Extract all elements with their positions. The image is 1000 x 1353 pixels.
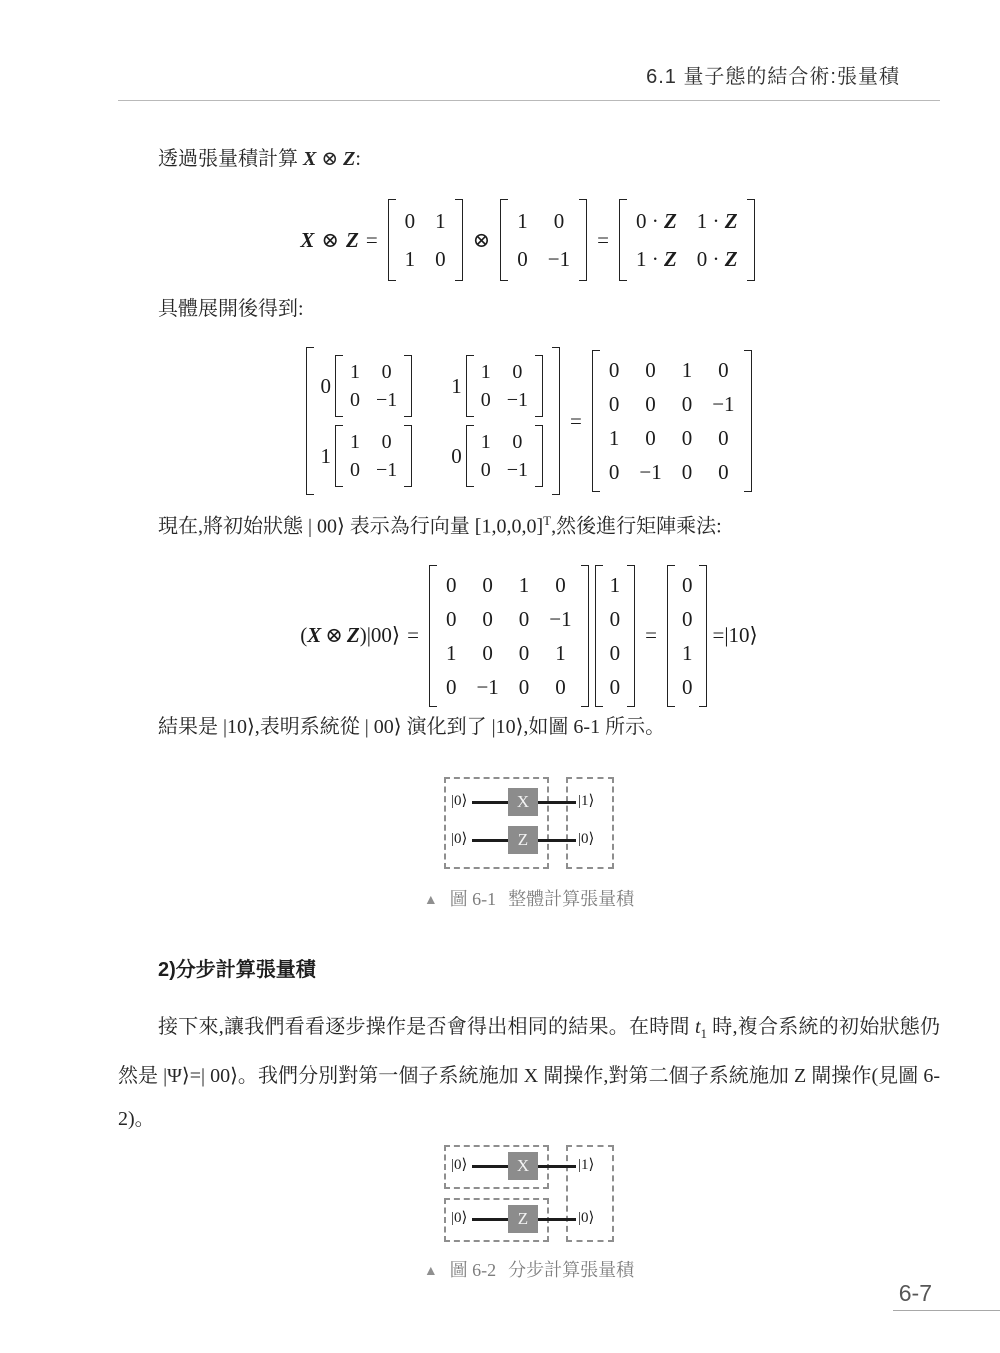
matrix-cell: 1 [602,568,629,602]
subsection-heading: 2)分步計算張量積 [118,953,940,982]
matrix-cell: 0 [602,636,629,670]
otimes-symbol: ⊗ [473,228,491,253]
matrix-cell: 0 [538,202,580,240]
vector-input: 1000 [595,565,636,707]
matrix-cell: 1 [507,202,538,240]
var-x: X [300,228,314,253]
matrix-cell: 0 [436,670,467,704]
ket-00: |00⟩ [367,623,400,647]
matrix-cell: 0 [702,353,744,387]
p3-text: 現在,將初始狀態 | 00⟩ 表示為行向量 [1,0,0,0] [158,516,543,538]
matrix-cell: 0 [436,602,467,636]
ket-input-2: |0⟩ [451,830,467,848]
ket-output-2: |0⟩ [578,1209,594,1227]
ket-output-1: |1⟩ [578,1156,594,1174]
z-gate: Z [508,1205,538,1233]
equals-sign: = [645,623,657,648]
var-z: Z [725,209,738,233]
matrix-cell: 0 [539,568,581,602]
matrix-cell: −1 [368,456,405,484]
otimes-symbol: ⊗ [325,623,343,647]
matrix-cell: 0 [672,455,703,489]
var-x: X [303,148,316,170]
block-grid: 0100−1 1100−1 1100−1 0100−1 [314,351,552,491]
matrix-cell: 0 · Z [626,202,687,240]
var-z: Z [664,209,677,233]
otimes-symbol: ⊗ [321,148,338,170]
matrix-grid: 100−1 [507,202,580,278]
section-header: 6.1 量子態的結合術:張量積 [118,0,940,89]
matrix-cell: 1 [473,358,499,386]
matrix-cell: 1 [425,202,456,240]
matrix-cell: 0 [466,602,508,636]
result-ket: =|10⟩ [712,623,757,648]
equals-sign: = [366,228,378,253]
scalar: 0 [451,444,462,469]
var-z: Z [343,148,355,170]
evolution-lhs: (X⊗Z)|00⟩ [300,623,400,648]
block-10: 1100−1 [320,425,415,487]
matrix-grid: 0010 [674,568,701,704]
matrix-cell: 0 [473,386,499,414]
matrix-grid: 100−1 [342,358,405,414]
matrix-cell: 0 [509,602,540,636]
matrix-cell: 1 [674,636,701,670]
matrix-cell: 1 [395,240,426,278]
caption-label: 圖 6-2 [450,1260,497,1280]
matrix-cell: 1 [436,636,467,670]
matrix-cell: 0 [674,670,701,704]
transpose-superscript: T [543,513,551,528]
matrix-cell: 0 [466,636,508,670]
header-rule [118,100,940,101]
matrix-cell: −1 [539,602,581,636]
matrix-grid: 0010000−110000−100 [599,353,745,489]
triangle-icon: ▲ [424,893,438,908]
footer-rule [893,1310,1000,1311]
equation-tensor-product: X ⊗ Z = 0110 ⊗ 100−1 = 0 · Z1 · Z1 · Z0 … [118,199,940,281]
vector-output: 0010 [667,565,708,707]
var-x: X [307,623,321,647]
matrix-cell: 0 [499,358,536,386]
equals-sign: = [407,623,419,648]
caption-label: 圖 6-1 [450,889,497,909]
matrix-cell: 0 [425,240,456,278]
paragraph-result: 結果是 |10⟩,表明系統從 | 00⟩ 演化到了 |10⟩,如圖 6-1 所示… [118,713,940,741]
matrix-x: 0110 [388,199,463,281]
matrix-cell: 0 [473,456,499,484]
figure-6-1: |0⟩ |0⟩ X Z |1⟩ |0⟩ ▲圖 6-1整體計算張量積 [118,777,940,911]
matrix-grid: 0010000−110010−100 [436,568,582,704]
circuit-diagram-whole: |0⟩ |0⟩ X Z |1⟩ |0⟩ [444,777,614,869]
matrix-cell: 1 [672,353,703,387]
matrix-cell: 0 [342,456,368,484]
matrix-cell: 0 [368,428,405,456]
matrix-cell: 1 [539,636,581,670]
matrix-cell: −1 [466,670,508,704]
p1-colon: : [355,148,361,170]
triangle-icon: ▲ [424,1264,438,1279]
matrix-cell: 1 · Z [626,240,687,278]
var-z: Z [664,247,677,271]
matrix-cell: 0 [602,670,629,704]
paragraph-initial-state: 現在,將初始狀態 | 00⟩ 表示為行向量 [1,0,0,0]T,然後進行矩陣乘… [118,507,940,541]
matrix-cell: 0 [702,421,744,455]
matrix-grid: 100−1 [342,428,405,484]
inner-matrix: 100−1 [466,425,543,487]
x-gate: X [508,788,538,816]
matrix-cell: 1 [509,568,540,602]
inner-matrix: 100−1 [335,355,412,417]
matrix-cell: −1 [702,387,744,421]
p3-text-end: ,然後進行矩陣乘法: [551,516,722,538]
otimes-symbol: ⊗ [321,228,339,253]
scalar: 1 [451,374,462,399]
matrix-cell: 0 [599,455,630,489]
matrix-cell: 0 [672,421,703,455]
equals-sign: = [597,228,609,253]
paragraph-intro: 透過張量積計算 X ⊗ Z: [118,145,940,173]
equation-expansion: 0100−1 1100−1 1100−1 0100−1 = 0010000−11… [118,347,940,495]
matrix-cell: 0 [702,455,744,489]
matrix-grid: 0 · Z1 · Z1 · Z0 · Z [626,202,748,278]
var-z: Z [725,247,738,271]
ket-input-2: |0⟩ [451,1209,467,1227]
matrix-cell: 0 [672,387,703,421]
matrix-cell: 0 [629,387,671,421]
circuit-diagram-stepwise: |0⟩ |0⟩ X Z |1⟩ |0⟩ [444,1145,614,1242]
matrix-cell: 0 [509,670,540,704]
var-z: Z [347,623,360,647]
matrix-cell: 1 [599,421,630,455]
matrix-operator: 0010000−110010−100 [429,565,589,707]
matrix-grid: 0110 [395,202,456,278]
matrix-grid: 100−1 [473,428,536,484]
paren-close: ) [360,623,367,647]
matrix-cell: −1 [499,456,536,484]
matrix-cell: 0 [436,568,467,602]
matrix-cell: 0 [395,202,426,240]
p1-text: 透過張量積計算 [158,148,303,170]
inner-matrix: 100−1 [466,355,543,417]
equation-state-evolution: (X⊗Z)|00⟩ = 0010000−110010−100 1000 = 00… [118,565,940,707]
matrix-cell: 0 [368,358,405,386]
matrix-expanded-result: 0010000−110000−100 [592,350,752,492]
matrix-cell: −1 [629,455,671,489]
scalar: 0 [320,374,331,399]
matrix-cell: 1 [342,358,368,386]
matrix-cell: 0 [509,636,540,670]
p5-text: 接下來,讓我們看看逐步操作是否會得出相同的結果。在時間 [158,1016,695,1038]
matrix-cell: 0 [674,568,701,602]
matrix-cell: −1 [499,386,536,414]
ket-input-1: |0⟩ [451,792,467,810]
ket-output-2: |0⟩ [578,830,594,848]
matrix-cell: 0 · Z [687,240,748,278]
paragraph-stepwise: 接下來,讓我們看看逐步操作是否會得出相同的結果。在時間 t1 時,複合系統的初始… [118,1006,940,1141]
matrix-cell: 1 · Z [687,202,748,240]
figure-6-2: |0⟩ |0⟩ X Z |1⟩ |0⟩ ▲圖 6-2分步計算張量積 [118,1145,940,1282]
block-00: 0100−1 [320,355,415,417]
matrix-z: 100−1 [500,199,587,281]
figure-6-2-caption: ▲圖 6-2分步計算張量積 [118,1256,940,1282]
matrix-cell: 1 [473,428,499,456]
var-z: Z [346,228,359,253]
matrix-cell: 0 [507,240,538,278]
inner-matrix: 100−1 [335,425,412,487]
matrix-cell: 0 [629,421,671,455]
book-page: 6.1 量子態的結合術:張量積 透過張量積計算 X ⊗ Z: X ⊗ Z = 0… [0,0,1000,1353]
ket-input-1: |0⟩ [451,1156,467,1174]
scalar: 1 [320,444,331,469]
x-gate: X [508,1152,538,1180]
matrix-grid: 100−1 [473,358,536,414]
page-number: 6-7 [899,1280,932,1307]
matrix-cell: 0 [674,602,701,636]
matrix-cell: 0 [599,353,630,387]
z-gate: Z [508,826,538,854]
matrix-symbolic-result: 0 · Z1 · Z1 · Z0 · Z [619,199,755,281]
matrix-cell: −1 [538,240,580,278]
caption-text: 分步計算張量積 [508,1260,634,1280]
matrix-cell: 0 [602,602,629,636]
matrix-cell: 0 [466,568,508,602]
matrix-cell: 0 [499,428,536,456]
matrix-cell: 0 [629,353,671,387]
matrix-cell: −1 [368,386,405,414]
matrix-cell: 1 [342,428,368,456]
matrix-grid: 1000 [602,568,629,704]
equals-sign: = [570,409,582,434]
ket-output-1: |1⟩ [578,792,594,810]
block-11: 0100−1 [451,425,546,487]
block-01: 1100−1 [451,355,546,417]
matrix-cell: 0 [539,670,581,704]
outer-block-matrix: 0100−1 1100−1 1100−1 0100−1 [306,347,560,495]
output-dashed-box [566,777,614,869]
caption-text: 整體計算張量積 [508,889,634,909]
matrix-cell: 0 [342,386,368,414]
figure-6-1-caption: ▲圖 6-1整體計算張量積 [118,885,940,911]
matrix-cell: 0 [599,387,630,421]
paragraph-expand: 具體展開後得到: [118,295,940,323]
